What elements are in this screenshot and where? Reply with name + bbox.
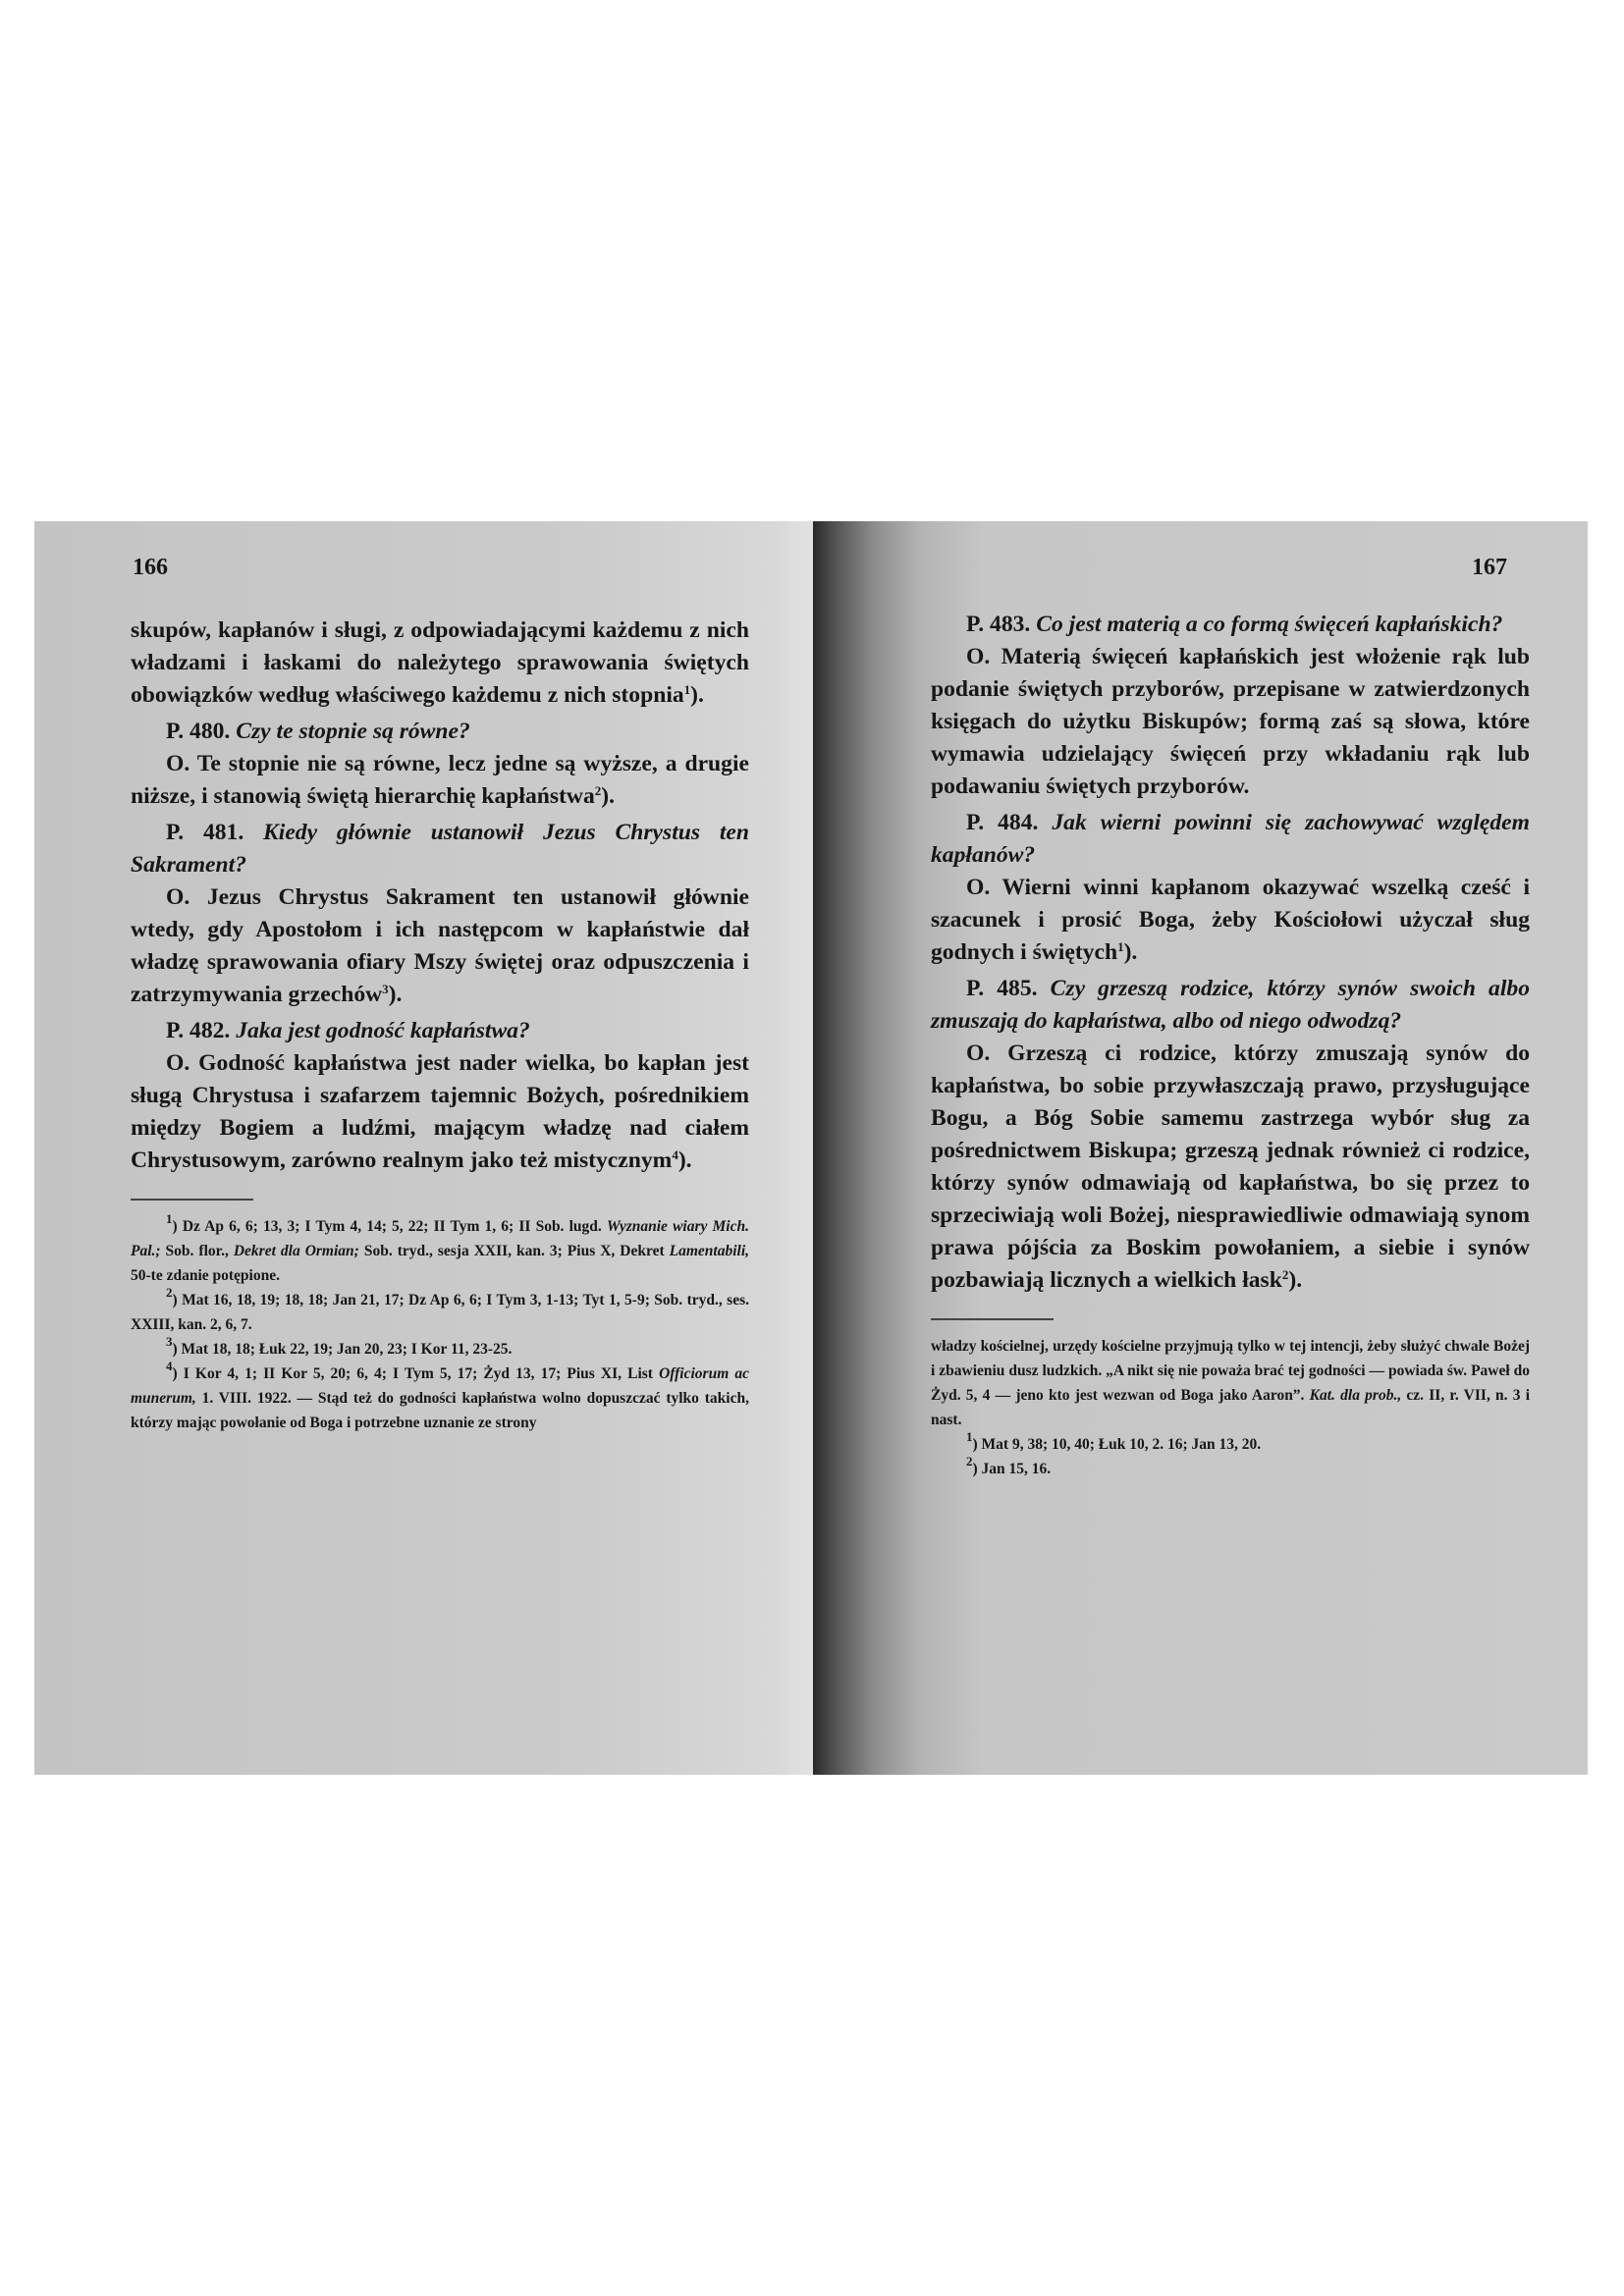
footnote-continuation: władzy kościelnej, urzędy kościelne przy…: [931, 1334, 1530, 1432]
footnote-number: 1: [966, 1429, 973, 1444]
answer-text: O. Wierni winni kapłanom okazywać wszelk…: [931, 875, 1530, 965]
text: ).: [1124, 939, 1138, 965]
question: P. 485. Czy grzeszą rodzice, którzy synó…: [931, 973, 1530, 1038]
footnote-rule: [931, 1318, 1054, 1320]
page-167: 167 P. 483. Co jest materią a co formą ś…: [813, 521, 1588, 1775]
footnote: 4) I Kor 4, 1; II Kor 5, 20; 6, 4; I Tym…: [131, 1362, 749, 1435]
answer: O. Jezus Chrystus Sakrament ten ustanowi…: [131, 881, 749, 1011]
footnote-number: 1: [166, 1211, 173, 1226]
text: ).: [678, 1148, 692, 1173]
footnote: 1) Mat 9, 38; 10, 40; Łuk 10, 2. 16; Jan…: [931, 1432, 1530, 1457]
question-number: P. 481.: [166, 820, 263, 845]
footnote-mark: 4): [166, 1365, 178, 1382]
text: Sob. tryd., sesja XXII, kan. 3; Pius X, …: [359, 1243, 670, 1259]
footnote-mark: 1): [966, 1436, 978, 1453]
text: 1. VIII. 1922. — Stąd też do godności ka…: [131, 1390, 749, 1431]
answer: O. Grzeszą ci rodzice, którzy zmuszają s…: [931, 1038, 1530, 1297]
question-number: P. 484.: [966, 810, 1052, 835]
book-scan: 166 skupów, kapłanów i sługi, z odpowiad…: [34, 521, 1588, 1775]
text: Jan 15, 16.: [978, 1461, 1052, 1477]
question: P. 481. Kiedy głównie ustanowił Jezus Ch…: [131, 817, 749, 881]
footnote-number: 3: [166, 1334, 173, 1349]
page-number: 166: [133, 555, 168, 581]
answer-text: O. Grzeszą ci rodzice, którzy zmuszają s…: [931, 1041, 1530, 1293]
footnote-mark: 2): [166, 1292, 178, 1308]
question-number: P. 485.: [966, 976, 1051, 1001]
answer-text: O. Jezus Chrystus Sakrament ten ustanowi…: [131, 884, 749, 1007]
footnote-number: 2: [966, 1454, 973, 1468]
footnote: 2) Mat 16, 18, 19; 18, 18; Jan 21, 17; D…: [131, 1288, 749, 1337]
footnote-mark: 2): [966, 1461, 978, 1477]
question-number: P. 482.: [166, 1018, 236, 1043]
footnote-mark: 3): [166, 1341, 178, 1358]
page-body: skupów, kapłanów i sługi, z odpowiadając…: [131, 614, 749, 1435]
text: Dz Ap 6, 6; 13, 3; I Tym 4, 14; 5, 22; I…: [178, 1218, 607, 1235]
text: ).: [1288, 1267, 1302, 1293]
answer: O. Te stopnie nie są równe, lecz jedne s…: [131, 748, 749, 813]
question: P. 480. Czy te stopnie są równe?: [131, 716, 749, 748]
question: P. 483. Co jest materią a co formą święc…: [931, 609, 1530, 641]
qa-list: P. 483. Co jest materią a co formą święc…: [931, 609, 1530, 1297]
page-number: 167: [1472, 555, 1507, 581]
question-text: Co jest materią a co formą święceń kapła…: [1036, 612, 1502, 637]
answer-text: O. Godność kapłaństwa jest nader wielka,…: [131, 1050, 749, 1173]
footnote: 1) Dz Ap 6, 6; 13, 3; I Tym 4, 14; 5, 22…: [131, 1214, 749, 1288]
answer-text: O. Materią święceń kapłańskich jest włoż…: [931, 644, 1530, 799]
footnote: 2) Jan 15, 16.: [931, 1457, 1530, 1481]
footnote-rule: [131, 1199, 253, 1201]
text: Sob. flor.,: [161, 1243, 234, 1259]
page-body: P. 483. Co jest materią a co formą święc…: [931, 605, 1530, 1481]
question-text: Jaka jest godność kapłaństwa?: [236, 1018, 530, 1043]
answer: O. Materią święceń kapłańskich jest włoż…: [931, 641, 1530, 803]
question-text: Czy te stopnie są równe?: [236, 719, 470, 744]
italic-text: Kat. dla prob.,: [1310, 1387, 1402, 1404]
page-166: 166 skupów, kapłanów i sługi, z odpowiad…: [34, 521, 813, 1775]
text: ).: [601, 783, 615, 809]
text: Mat 16, 18, 19; 18, 18; Jan 21, 17; Dz A…: [131, 1292, 749, 1333]
answer-text: O. Te stopnie nie są równe, lecz jedne s…: [131, 751, 749, 809]
answer: O. Wierni winni kapłanom okazywać wszelk…: [931, 872, 1530, 969]
question-number: P. 483.: [966, 612, 1036, 637]
text: Mat 9, 38; 10, 40; Łuk 10, 2. 16; Jan 13…: [978, 1436, 1261, 1453]
italic-text: Lamentabili,: [670, 1243, 749, 1259]
text: ).: [389, 982, 403, 1007]
question: P. 482. Jaka jest godność kapłaństwa?: [131, 1015, 749, 1047]
footnotes: 1) Dz Ap 6, 6; 13, 3; I Tym 4, 14; 5, 22…: [131, 1214, 749, 1435]
footnotes: władzy kościelnej, urzędy kościelne przy…: [931, 1334, 1530, 1481]
footnote-number: 2: [166, 1285, 173, 1300]
continuation-paragraph: skupów, kapłanów i sługi, z odpowiadając…: [131, 614, 749, 712]
footnote-number: 4: [166, 1359, 173, 1373]
text: Mat 18, 18; Łuk 22, 19; Jan 20, 23; I Ko…: [178, 1341, 513, 1358]
question-number: P. 480.: [166, 719, 236, 744]
italic-text: Dekret dla Ormian;: [234, 1243, 359, 1259]
text: 50-te zdanie potępione.: [131, 1267, 280, 1284]
question: P. 484. Jak wierni powinni się zachowywa…: [931, 807, 1530, 872]
qa-list: P. 480. Czy te stopnie są równe?O. Te st…: [131, 716, 749, 1177]
footnote: 3) Mat 18, 18; Łuk 22, 19; Jan 20, 23; I…: [131, 1337, 749, 1362]
answer: O. Godność kapłaństwa jest nader wielka,…: [131, 1047, 749, 1177]
text: I Kor 4, 1; II Kor 5, 20; 6, 4; I Tym 5,…: [178, 1365, 659, 1382]
footnote-mark: 1): [166, 1218, 178, 1235]
